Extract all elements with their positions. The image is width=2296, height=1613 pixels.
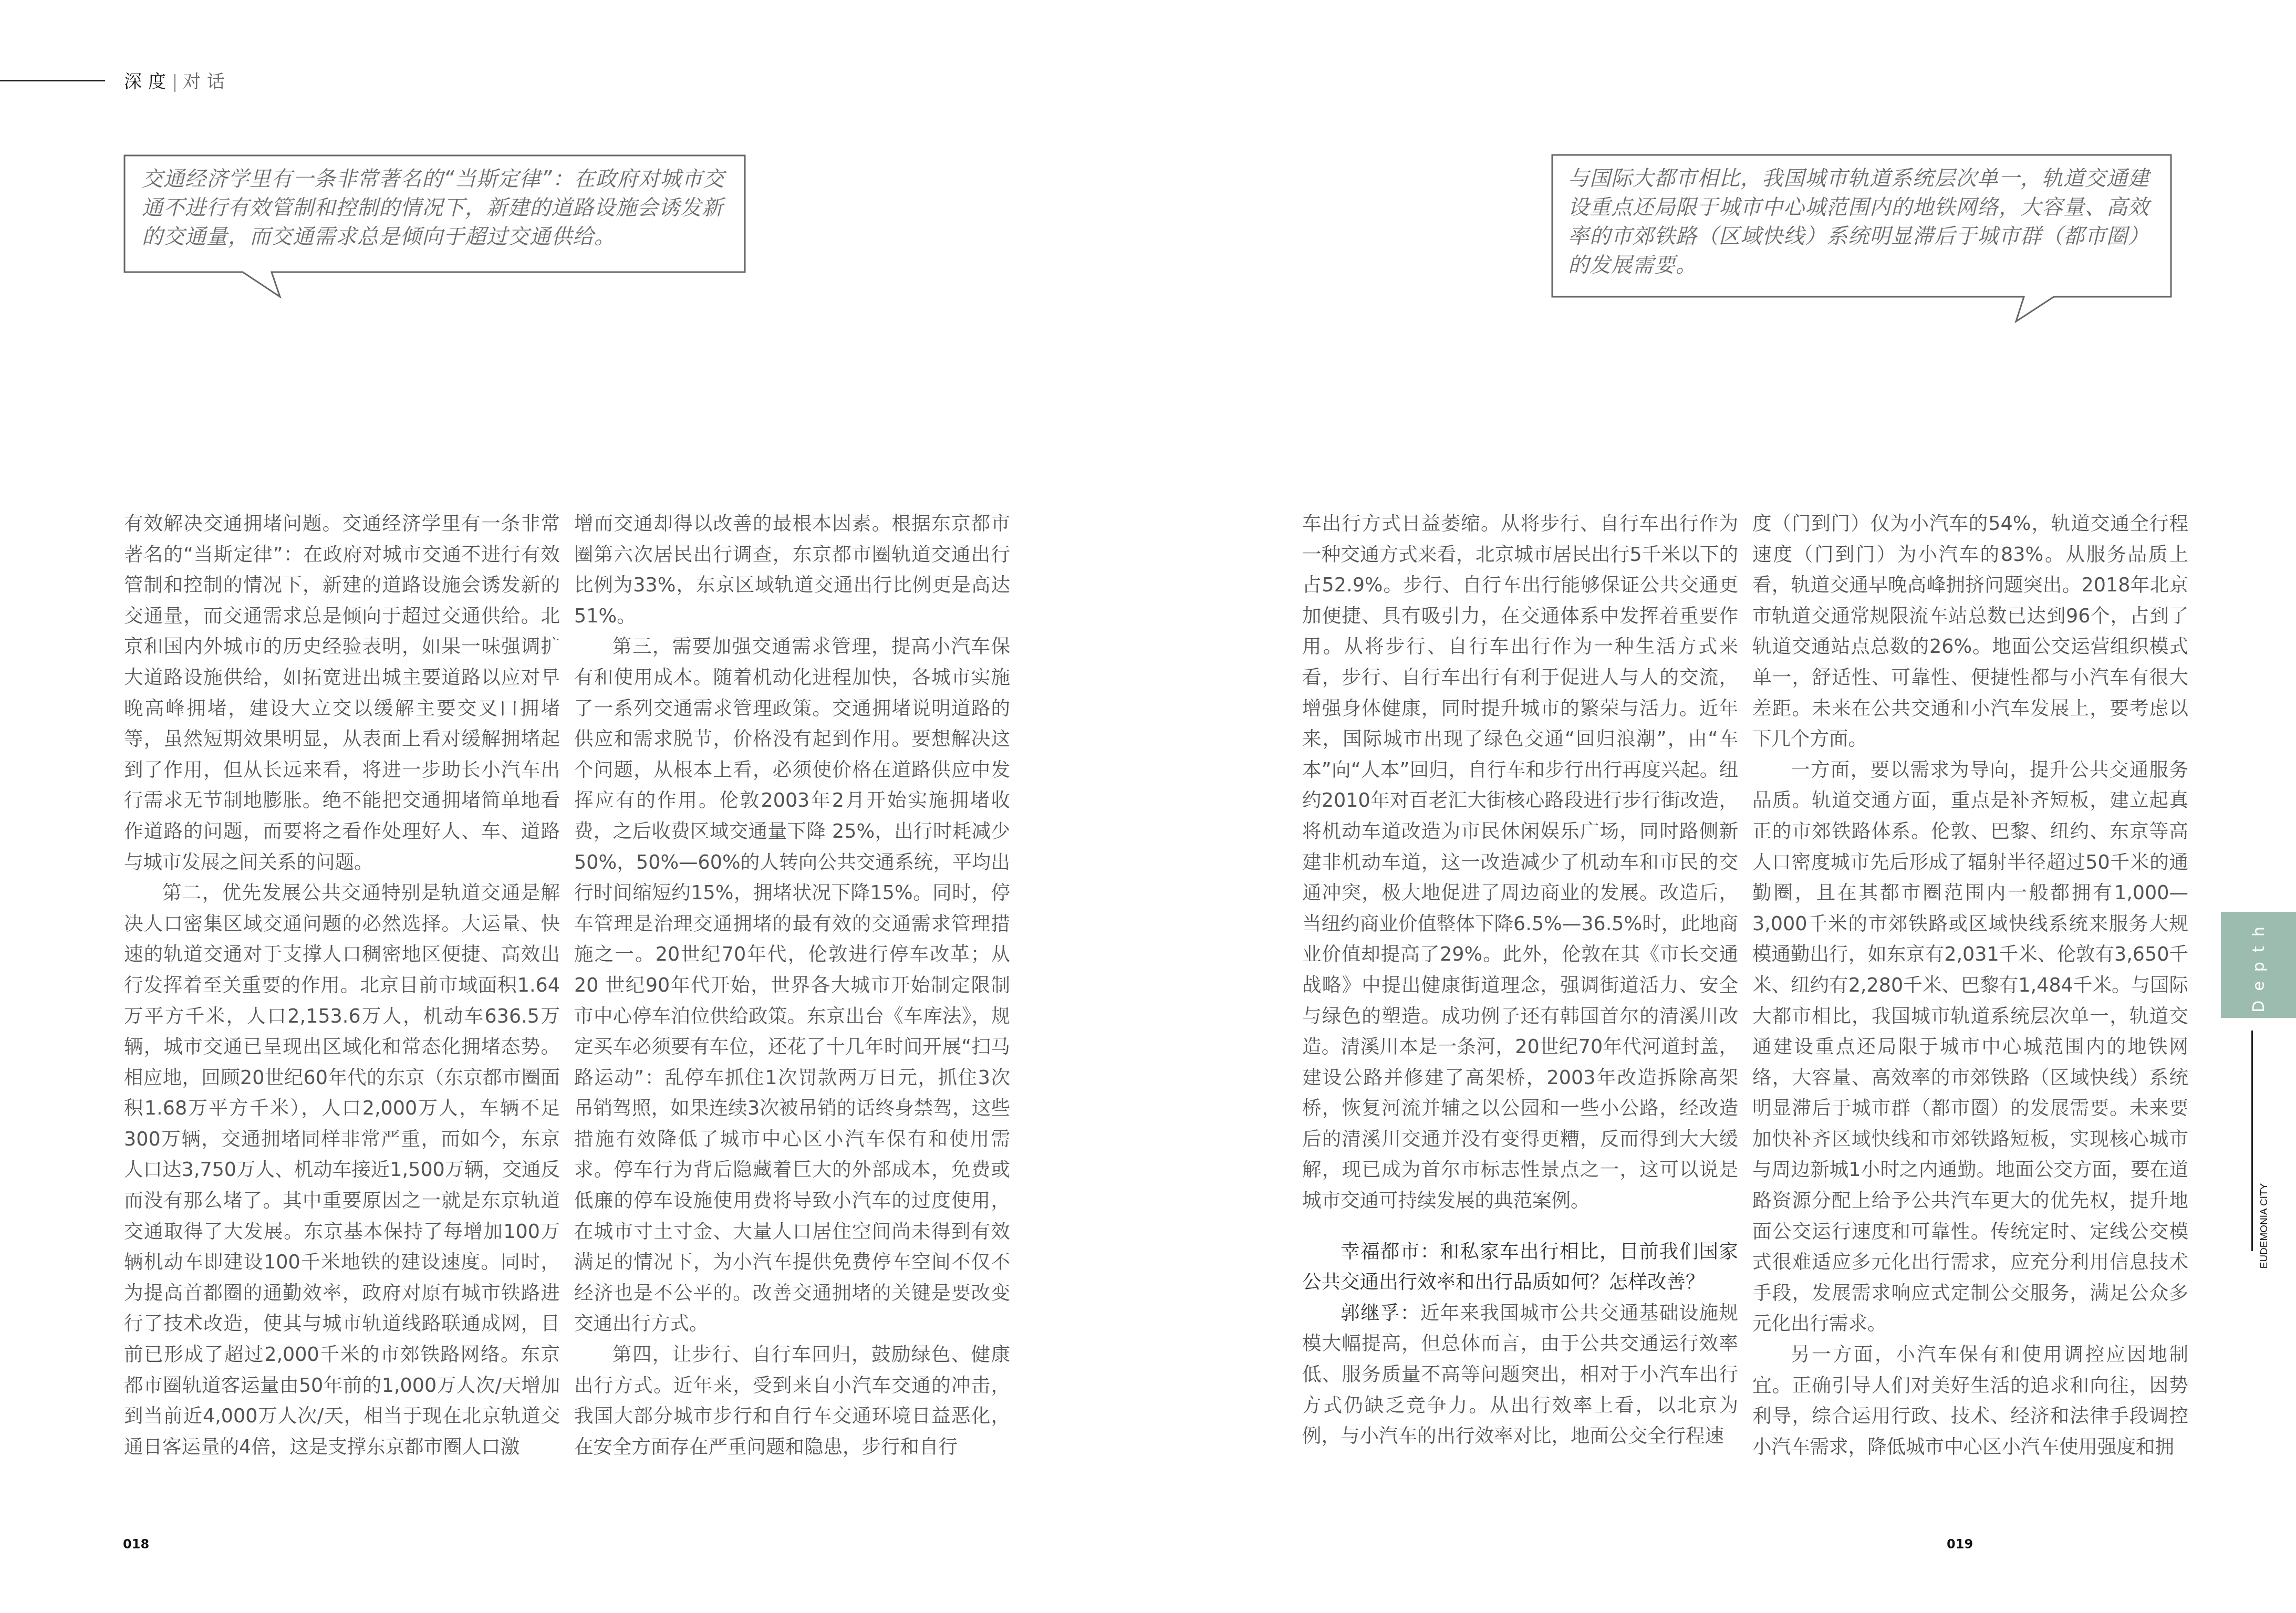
- paragraph: 另一方面，小汽车保有和使用调控应因地制宜。正确引导人们对美好生活的追求和向往，因…: [1752, 1339, 2188, 1462]
- section-subtitle: 对话: [183, 71, 231, 92]
- pull-quote-left: 交通经济学里有一条非常著名的“当斯定律”：在政府对城市交通不进行有效管制和控制的…: [142, 165, 735, 252]
- section-divider: [174, 74, 175, 92]
- pull-quote-right: 与国际大都市相比，我国城市轨道系统层次单一，轨道交通建设重点还局限于城市中心城范…: [1568, 164, 2162, 280]
- body-column-4: 度（门到门）仅为小汽车的54%，轨道交通全行程速度（门到门）为小汽车的83%。从…: [1752, 508, 2188, 1462]
- section-side-tab: Depth: [2221, 912, 2296, 1018]
- paragraph: 增而交通却得以改善的最根本因素。根据东京都市圈第六次居民出行调查，东京都市圈轨道…: [574, 508, 1010, 631]
- paragraph: 第二，优先发展公共交通特别是轨道交通是解决人口密集区域交通问题的必然选择。大运量…: [124, 878, 560, 1462]
- paragraph: 一方面，要以需求为导向，提升公共交通服务品质。轨道交通方面，重点是补齐短板，建立…: [1752, 755, 2188, 1339]
- section-header: 深度对话: [124, 67, 231, 93]
- paragraph: 第四，让步行、自行车回归，鼓励绿色、健康出行方式。近年来，受到来自小汽车交通的冲…: [574, 1339, 1010, 1462]
- header-rule: [0, 80, 105, 81]
- paragraph: 第三，需要加强交通需求管理，提高小汽车保有和使用成本。随着机动化进程加快，各城市…: [574, 631, 1010, 1339]
- interview-answer: 郭继孚：近年来我国城市公共交通基础设施规模大幅提高，但总体而言，由于公共交通运行…: [1302, 1298, 1738, 1452]
- body-column-2: 增而交通却得以改善的最根本因素。根据东京都市圈第六次居民出行调查，东京都市圈轨道…: [574, 508, 1010, 1462]
- speaker-name: 郭继孚：: [1341, 1302, 1420, 1324]
- brand-label: EUDEMONIA CITY: [2257, 1200, 2272, 1252]
- brand-text: EUDEMONIA CITY: [2259, 1183, 2270, 1269]
- paragraph: 有效解决交通拥堵问题。交通经济学里有一条非常著名的“当斯定律”：在政府对城市交通…: [124, 508, 560, 878]
- section-title: 深度: [124, 71, 172, 92]
- paragraph: 度（门到门）仅为小汽车的54%，轨道交通全行程速度（门到门）为小汽车的83%。从…: [1752, 508, 2188, 755]
- paragraph: 车出行方式日益萎缩。从将步行、自行车出行作为一种交通方式来看，北京城市居民出行5…: [1302, 508, 1738, 1216]
- body-column-3: 车出行方式日益萎缩。从将步行、自行车出行作为一种交通方式来看，北京城市居民出行5…: [1302, 508, 1738, 1452]
- page-number-left: 018: [123, 1537, 149, 1552]
- interview-question: 幸福都市：和私家车出行相比，目前我们国家公共交通出行效率和出行品质如何？怎样改善…: [1302, 1236, 1738, 1298]
- side-tab-label: Depth: [2249, 917, 2268, 1012]
- body-column-1: 有效解决交通拥堵问题。交通经济学里有一条非常著名的“当斯定律”：在政府对城市交通…: [124, 508, 560, 1462]
- page-number-right: 019: [1947, 1537, 1973, 1552]
- side-rule: [2251, 1031, 2253, 1251]
